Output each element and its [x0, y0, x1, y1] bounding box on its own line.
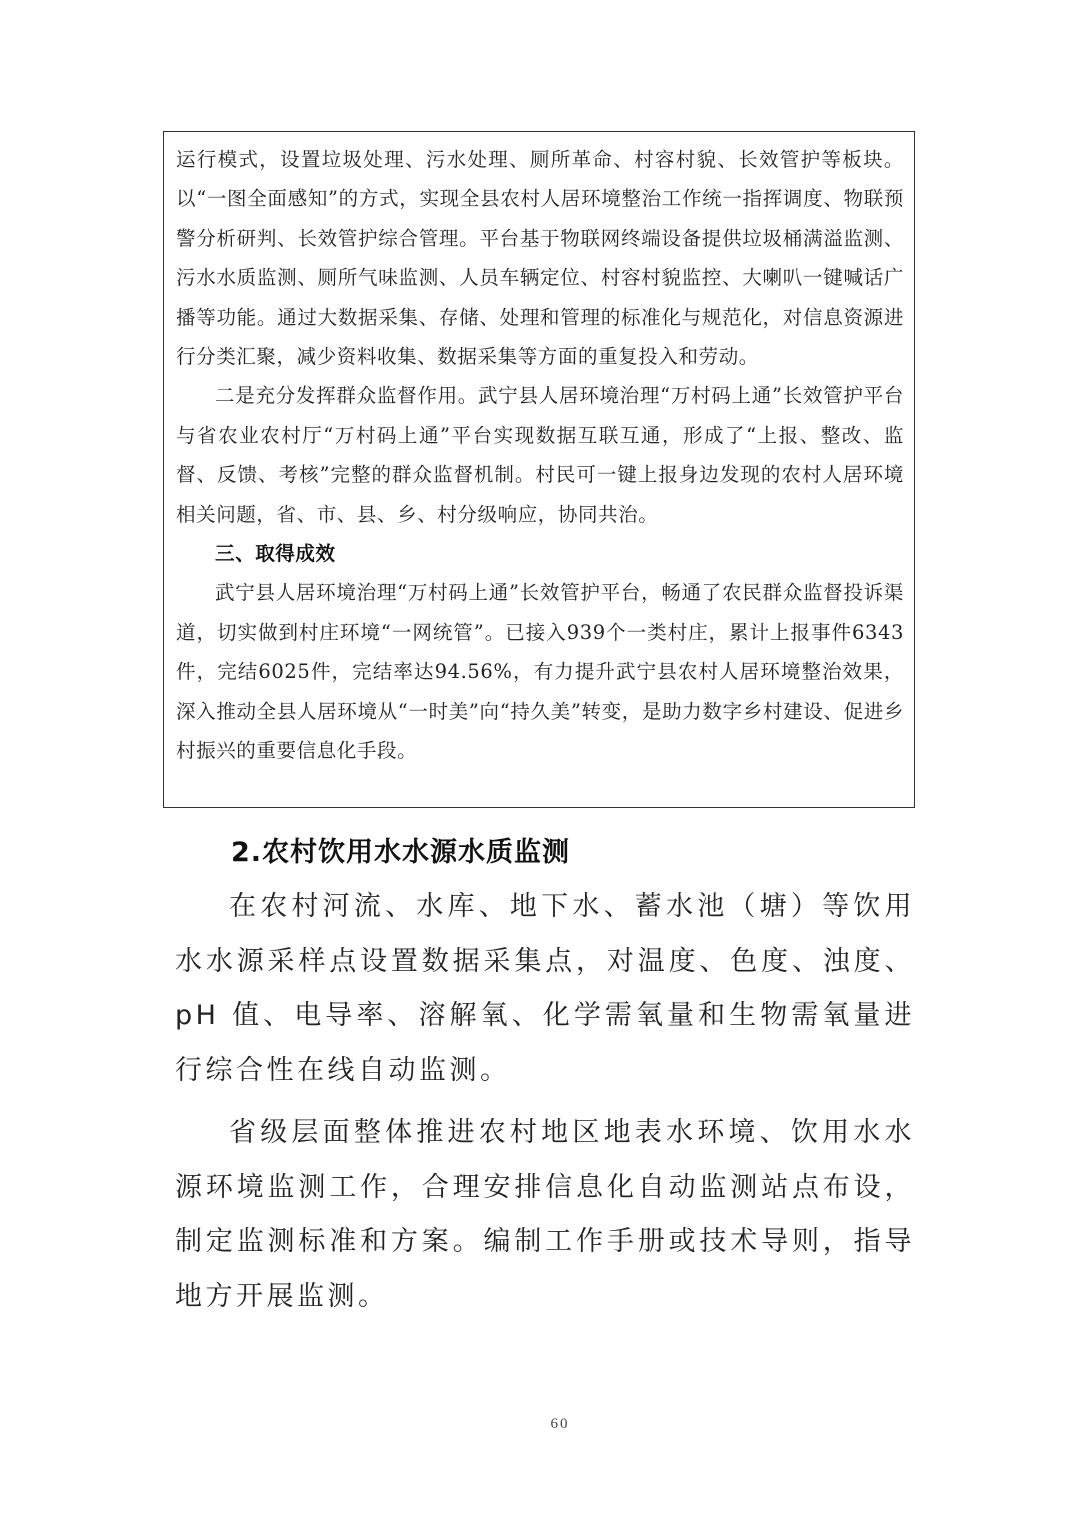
- case-paragraph-results: 武宁县人居环境治理“万村码上通”长效管护平台，畅通了农民群众监督投诉渠道，切实做…: [176, 573, 904, 770]
- section-paragraph-provincial: 省级层面整体推进农村地区地表水环境、饮用水水源环境监测工作，合理安排信息化自动监…: [175, 1106, 915, 1324]
- page-number: 60: [0, 1416, 1080, 1433]
- section-paragraph-sampling: 在农村河流、水库、地下水、蓄水池（塘）等饮用水水源采样点设置数据采集点，对温度、…: [175, 880, 915, 1098]
- section-title: 2.农村饮用水水源水质监测: [175, 826, 915, 880]
- case-paragraph-platform-modules: 运行模式，设置垃圾处理、污水处理、厕所革命、村容村貌、长效管护等板块。以“一图全…: [176, 140, 904, 376]
- case-paragraph-public-supervision: 二是充分发挥群众监督作用。武宁县人居环境治理“万村码上通”长效管护平台与省农业农…: [176, 376, 904, 534]
- case-heading-results: 三、取得成效: [176, 534, 904, 573]
- case-study-box: 运行模式，设置垃圾处理、污水处理、厕所革命、村容村貌、长效管护等板块。以“一图全…: [163, 131, 915, 808]
- water-monitoring-section: 2.农村饮用水水源水质监测 在农村河流、水库、地下水、蓄水池（塘）等饮用水水源采…: [175, 826, 915, 1324]
